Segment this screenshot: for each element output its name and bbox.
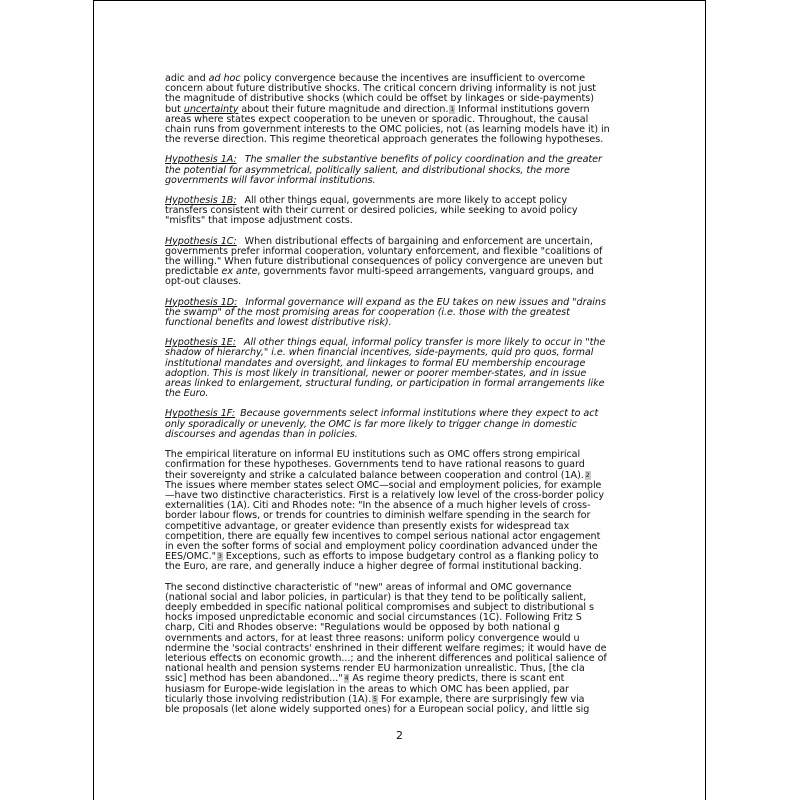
hypothesis-1e: Hypothesis 1E:All other things equal, in… [165, 338, 639, 399]
hypothesis-1b: Hypothesis 1B:All other things equal, go… [165, 196, 639, 227]
hypothesis-1f: Hypothesis 1F:Because governments select… [165, 409, 639, 440]
text-line: functional benefits and lowest distribut… [165, 318, 639, 328]
text-line: border labour flows, or trends for count… [165, 511, 639, 521]
intro-paragraph: adic and ad hoc policy convergence becau… [165, 74, 639, 145]
text-line: the reverse direction. This regime theor… [165, 135, 639, 145]
page-content: adic and ad hoc policy convergence becau… [165, 74, 639, 725]
text-line: "misfits" that impose adjustment costs. [165, 216, 639, 226]
text-line: discourses and agendas than in policies. [165, 430, 639, 440]
hypothesis-label: Hypothesis 1C: [165, 236, 237, 247]
text-line: the Euro, are rare, and generally induce… [165, 562, 639, 572]
text-line: areas linked to enlargement, structural … [165, 379, 639, 389]
document-page: adic and ad hoc policy convergence becau… [93, 0, 706, 800]
hypothesis-1a: Hypothesis 1A:The smaller the substantiv… [165, 155, 639, 186]
hypothesis-1d: Hypothesis 1D:Informal governance will e… [165, 298, 639, 329]
text-line: governments will favor informal institut… [165, 176, 639, 186]
text-line: ble proposals (let alone widely supporte… [165, 705, 639, 715]
hypothesis-label: Hypothesis 1D: [165, 297, 237, 308]
hypothesis-label: Hypothesis 1A: [165, 154, 237, 165]
empirical-paragraph: The empirical literature on informal EU … [165, 450, 639, 572]
text-line: the Euro. [165, 389, 639, 399]
footnote-marker[interactable]: 2 [585, 471, 591, 480]
page-number: 2 [94, 729, 705, 742]
second-paragraph: The second distinctive characteristic of… [165, 583, 639, 716]
emphasis-uncertainty: uncertainty [184, 104, 239, 115]
hypothesis-1c: Hypothesis 1C:When distributional effect… [165, 237, 639, 288]
text-line: opt-out clauses. [165, 277, 639, 287]
hypothesis-label: Hypothesis 1F: [165, 408, 235, 419]
